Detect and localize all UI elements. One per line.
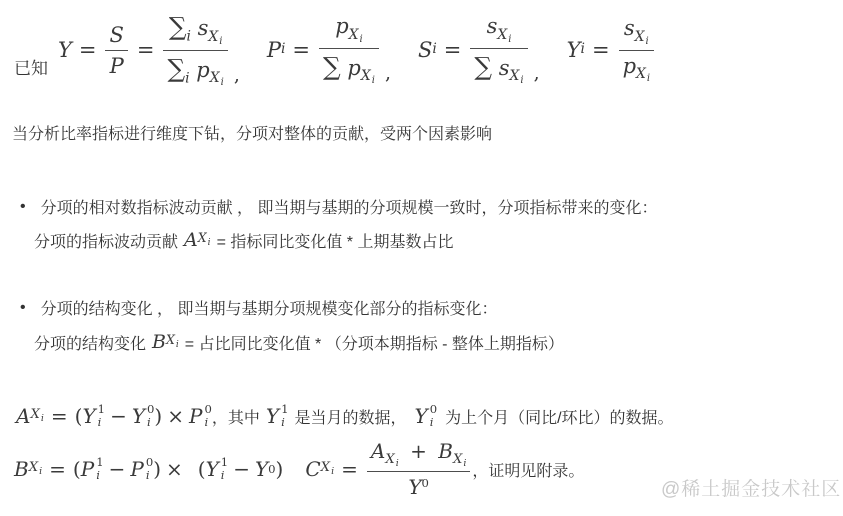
math-var: P (81, 457, 94, 481)
bullet-2-formula-suffix: = 占比同比变化值 * （分项本期指标 - 整体上期指标） (185, 331, 564, 354)
equals-sign: = (592, 38, 610, 62)
fraction: AXi + BXi Y0 (367, 439, 471, 500)
fraction-denominator: P (105, 50, 127, 78)
math-var: X (210, 70, 220, 86)
formula-A-definition: AXi = (Y1i−Y0i) × P0i (16, 403, 212, 430)
bullet-2-formula-prefix: 分项的结构变化 (34, 331, 146, 354)
math-subscript: Xi (30, 408, 43, 423)
math-sup: 0 (422, 476, 429, 490)
lineA-text-1: 是当月的数据， (294, 405, 406, 428)
math-sup: 1 (98, 403, 105, 416)
math-subscript: Xi (385, 452, 398, 467)
formula-C-definition: CXi = AXi + BXi Y0 (305, 439, 472, 500)
math-supsub: 0i (146, 456, 153, 483)
math-supsub: 0i (204, 403, 211, 430)
math-sup: 0 (146, 456, 153, 469)
math-sub: i (221, 469, 228, 482)
equals-sign: = (51, 404, 68, 428)
watermark-text: @稀土掘金技术社区 (661, 474, 841, 501)
fraction: pXi ∑ pXi (319, 14, 379, 86)
math-var: X (166, 332, 175, 347)
math-var: i (372, 75, 375, 86)
fraction-numerator: sXi (619, 16, 655, 50)
math-var: Y (567, 38, 581, 62)
math-sup: 0 (204, 403, 211, 416)
fraction: ∑i sXi ∑i pXi (163, 12, 227, 88)
math-var: X (635, 29, 645, 45)
math-sub: i (185, 70, 189, 86)
math-var: A (371, 439, 385, 463)
math-subscript: Xi (361, 68, 375, 84)
lineC-suffix-text: ，证明见附录。 (472, 458, 584, 481)
fraction-denominator: Y0 (367, 471, 471, 499)
math-supsub: 0i (430, 403, 437, 430)
intro-text: 当分析比率指标进行维度下钻，分项对整体的贡献，受两个因素影响 (12, 121, 492, 144)
math-sub: i (281, 416, 288, 429)
minus-sign: − (110, 404, 127, 428)
math-var: Y (206, 457, 219, 481)
formula-share-P: Pi = pXi ∑ pXi , (267, 14, 391, 86)
math-var: B (14, 457, 29, 481)
math-sub: i (204, 416, 211, 429)
math-subscript: Xi (453, 452, 466, 467)
math-sub: i (96, 469, 103, 482)
formula-line-BC: BXi = (P1i−P0i) × (Y1i−Y0) CXi = AXi + B… (14, 441, 584, 497)
math-var: i (520, 75, 523, 86)
math-subscript: Xi (636, 66, 650, 82)
fraction-numerator: pXi (319, 14, 379, 48)
minus-sign: − (109, 457, 126, 481)
formula-item-ratio: Yi = sXi pXi (567, 16, 656, 84)
formula-line-A: AXi = (Y1i−Y0i) × P0i ，其中 Y1i 是当月的数据， Y0… (16, 398, 674, 434)
math-var: P (110, 54, 124, 78)
fraction-denominator: pXi (619, 50, 655, 85)
math-var: Y (408, 475, 421, 499)
fraction: S P (105, 23, 127, 78)
formula-A-inline: AXi (184, 229, 211, 251)
lineA-text-2: 为上个月（同比/环比）的数据。 (445, 405, 673, 428)
minus-sign: − (233, 457, 250, 481)
math-var: s (198, 16, 209, 40)
math-var: Y (58, 38, 72, 62)
math-var: p (335, 14, 348, 38)
bullet-2-formula-line: 分项的结构变化 BXi = 占比同比变化值 * （分项本期指标 - 整体上期指标… (34, 326, 564, 358)
equals-sign: = (444, 38, 462, 62)
math-var: Y (132, 404, 145, 428)
math-var: P (130, 457, 143, 481)
known-label: 已知 (14, 54, 48, 88)
equals-sign: = (292, 38, 310, 62)
math-var: X (636, 66, 646, 82)
fraction-numerator: ∑i sXi (163, 12, 227, 50)
math-var: A (184, 229, 198, 251)
right-paren: ) (153, 457, 161, 481)
math-var: i (331, 466, 334, 477)
math-supsub: 1i (281, 403, 288, 430)
math-var: X (30, 407, 39, 422)
math-subscript: Xi (510, 68, 524, 84)
left-paren: ( (75, 404, 83, 428)
fraction: sXi pXi (619, 16, 655, 84)
math-var: p (347, 56, 360, 80)
math-var: P (267, 38, 281, 62)
math-var: s (624, 16, 635, 40)
math-var: X (198, 230, 207, 245)
math-var: X (208, 29, 218, 45)
math-comma: , (385, 62, 391, 84)
math-var: X (385, 452, 394, 467)
fraction-denominator: ∑ sXi (470, 48, 527, 87)
math-sup: 0 (268, 462, 275, 476)
math-subscript: Xi (497, 27, 511, 43)
math-subscript: Xi (166, 334, 179, 350)
math-sub: i (98, 416, 105, 429)
math-var: i (176, 340, 179, 350)
math-var: X (510, 68, 520, 84)
equals-sign: = (137, 38, 155, 62)
math-sup: 1 (96, 456, 103, 469)
formula-overall-ratio: Y = S P = ∑i sXi ∑i pXi , (58, 12, 240, 88)
math-var: i (221, 77, 224, 88)
math-sup: 0 (147, 403, 154, 416)
right-paren: ) (276, 457, 284, 481)
sigma-symbol: ∑ (474, 52, 492, 81)
math-subscript: Xi (210, 70, 224, 86)
math-var: i (396, 458, 399, 469)
times-sign: × (166, 457, 183, 481)
right-paren: ) (154, 404, 162, 428)
math-var: i (39, 466, 42, 477)
math-sub: i (432, 43, 436, 57)
math-supsub: 1i (221, 456, 228, 483)
math-var: i (360, 34, 363, 45)
math-sub: i (281, 43, 285, 57)
left-paren: ( (198, 457, 206, 481)
math-sub: i (187, 29, 191, 45)
math-var: S (109, 23, 123, 47)
equals-sign: = (49, 457, 66, 481)
math-var: Y (255, 457, 268, 481)
bullet-marker: • (20, 299, 26, 317)
math-supsub: 0i (147, 403, 154, 430)
formula-share-S: Si = sXi ∑ sXi , (418, 14, 540, 86)
math-var: X (29, 460, 38, 475)
math-comma: , (234, 64, 240, 86)
bullet-1-formula-prefix: 分项的指标波动贡献 (34, 229, 178, 252)
math-sub: i (581, 43, 585, 57)
bullet-1-formula-suffix: = 指标同比变化值 * 上期基数占比 (217, 229, 454, 252)
equals-sign: = (79, 38, 97, 62)
math-var: B (438, 439, 453, 463)
math-var: X (497, 27, 507, 43)
bullet-1-text: 分项的相对数指标波动贡献 ， 即当期与基期的分项规模一致时，分项指标带来的变化： (41, 195, 658, 218)
intro-text-content: 当分析比率指标进行维度下钻，分项对整体的贡献，受两个因素影响 (12, 121, 492, 144)
math-var: Y (82, 404, 95, 428)
fraction-numerator: S (105, 23, 127, 50)
math-sub: i (146, 469, 153, 482)
math-subscript: Xi (349, 27, 363, 43)
math-var: Y (414, 404, 427, 428)
math-sup: 0 (430, 403, 437, 416)
watermark: @稀土掘金技术社区 (661, 474, 841, 501)
math-subscript: Xi (198, 232, 211, 248)
sigma-symbol: ∑ (169, 12, 187, 41)
plus-sign: + (410, 439, 427, 463)
math-subscript: Xi (321, 461, 334, 476)
math-sub: i (430, 416, 437, 429)
formula-Y0-inline: Y0i (414, 403, 437, 430)
formula-Y1-inline: Y1i (266, 403, 289, 430)
math-var: i (208, 238, 211, 248)
math-var: i (463, 458, 466, 469)
fraction-denominator: ∑i pXi (163, 50, 227, 89)
math-sup: 1 (221, 456, 228, 469)
math-var: X (321, 460, 330, 475)
math-var: C (305, 457, 320, 481)
math-sup: 1 (281, 403, 288, 416)
fraction: sXi ∑ sXi (470, 14, 527, 86)
formula-B-definition: BXi = (P1i−P0i) × (Y1i−Y0) (14, 456, 283, 483)
math-var: i (41, 413, 44, 424)
math-subscript: Xi (208, 29, 222, 45)
equals-sign: = (341, 457, 358, 481)
math-var: i (508, 34, 511, 45)
math-var: s (499, 56, 510, 80)
fraction-numerator: AXi + BXi (367, 439, 471, 472)
formula-B-inline: BXi (152, 331, 179, 353)
known-formula-row: 已知 Y = S P = ∑i sXi ∑i pXi , Pi (14, 12, 656, 88)
math-sub: i (147, 416, 154, 429)
math-var: P (189, 404, 202, 428)
math-var: Y (266, 404, 279, 428)
math-var: X (349, 27, 359, 43)
math-var: i (219, 36, 222, 47)
math-supsub: 1i (96, 456, 103, 483)
fraction-denominator: ∑ pXi (319, 48, 379, 87)
math-var: X (361, 68, 371, 84)
bullet-item-1: • 分项的相对数指标波动贡献 ， 即当期与基期的分项规模一致时，分项指标带来的变… (20, 195, 658, 218)
math-var: p (196, 58, 209, 82)
math-var: s (487, 14, 498, 38)
math-var: X (453, 452, 462, 467)
left-paren: ( (73, 457, 81, 481)
bullet-marker: • (20, 198, 26, 216)
bullet-1-formula-line: 分项的指标波动贡献 AXi = 指标同比变化值 * 上期基数占比 (34, 224, 453, 256)
math-var: i (647, 73, 650, 84)
math-var: p (623, 54, 636, 78)
article-page: 已知 Y = S P = ∑i sXi ∑i pXi , Pi (0, 0, 843, 516)
fraction-numerator: sXi (470, 14, 527, 48)
math-var: i (646, 36, 649, 47)
math-subscript: Xi (635, 29, 649, 45)
math-var: B (152, 331, 166, 353)
math-var: S (418, 38, 432, 62)
lineA-where-text: ，其中 (212, 405, 260, 428)
times-sign: × (167, 404, 184, 428)
math-comma: , (534, 62, 540, 84)
bullet-2-text: 分项的结构变化 ， 即当期与基期分项规模变化部分的指标变化： (41, 296, 498, 319)
sigma-symbol: ∑ (323, 52, 341, 81)
bullet-item-2: • 分项的结构变化 ， 即当期与基期分项规模变化部分的指标变化： (20, 296, 498, 319)
math-subscript: Xi (29, 461, 42, 476)
sigma-symbol: ∑ (167, 54, 185, 83)
math-var: A (16, 404, 30, 428)
math-supsub: 1i (98, 403, 105, 430)
